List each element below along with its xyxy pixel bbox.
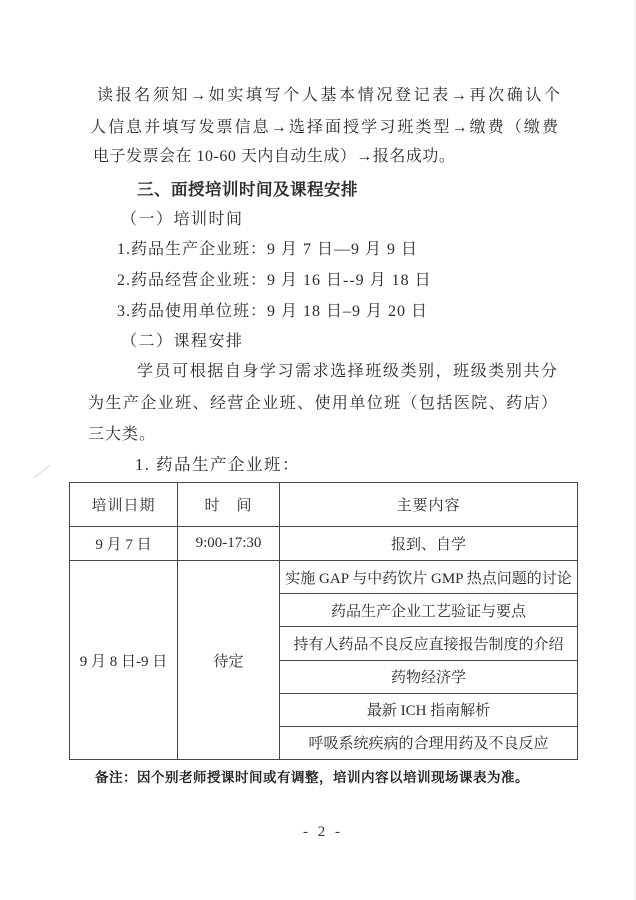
day2-topic-cell: 实施 GAP 与中药饮片 GMP 热点问题的讨论 — [280, 561, 578, 594]
intro-line-1: 读报名须知→如实填写个人基本情况登记表→再次确认个 — [97, 84, 560, 108]
day2-topic-cell: 最新 ICH 指南解析 — [280, 693, 578, 726]
day1-time-cell: 9:00-17:30 — [178, 527, 280, 561]
col-header-content: 主要内容 — [280, 483, 578, 527]
day2-topic-cell: 药物经济学 — [280, 660, 578, 693]
subsection-1-heading: （一）培训时间 — [121, 208, 244, 232]
table-footnote: 备注：因个别老师授课时间或有调整，培训内容以培训现场课表为准。 — [95, 766, 529, 786]
day1-content-cell: 报到、自学 — [280, 527, 578, 561]
page-number: - 2 - — [10, 824, 636, 841]
course-schedule-table: 培训日期 时 间 主要内容 9 月 7 日 9:00-17:30 报到、自学 9… — [69, 482, 578, 760]
scanned-document-page: 读报名须知→如实填写个人基本情况登记表→再次确认个 人信息并填写发票信息→选择面… — [0, 0, 636, 900]
day1-date-cell: 9 月 7 日 — [70, 527, 178, 561]
course-para-line-2: 为生产企业班、经营企业班、使用单位班（包括医院、药店） — [88, 392, 557, 416]
table-title: 1. 药品生产企业班： — [135, 453, 300, 477]
day2-time-cell: 待定 — [178, 561, 280, 760]
col-header-time: 时 间 — [178, 483, 280, 527]
day2-topic-cell: 呼吸系统疾病的合理用药及不良反应 — [280, 726, 578, 759]
day2-topic-cell: 持有人药品不良反应直接报告制度的介绍 — [280, 627, 578, 660]
section-heading: 三、面授培训时间及课程安排 — [137, 178, 358, 202]
subsection-2-heading: （二）课程安排 — [121, 330, 244, 354]
table-row-day1: 9 月 7 日 9:00-17:30 报到、自学 — [70, 527, 578, 561]
day2-date-cell: 9 月 8 日-9 日 — [70, 561, 178, 760]
col-header-date: 培训日期 — [70, 483, 178, 527]
table-row-day2-topic1: 9 月 8 日-9 日 待定 实施 GAP 与中药饮片 GMP 热点问题的讨论 — [70, 561, 578, 594]
schedule-item-3: 3.药品使用单位班：9 月 18 日–9 月 20 日 — [117, 300, 428, 324]
day2-topic-cell: 药品生产企业工艺验证与要点 — [280, 594, 578, 627]
scan-scratch-artifact — [34, 465, 50, 478]
course-para-line-3: 三大类。 — [88, 423, 156, 447]
schedule-item-1: 1.药品生产企业班：9 月 7 日—9 月 9 日 — [117, 238, 418, 262]
intro-line-3: 电子发票会在 10-60 天内自动生成）→报名成功。 — [93, 145, 455, 169]
schedule-item-2: 2.药品经营企业班：9 月 16 日--9 月 18 日 — [117, 269, 432, 293]
table-header-row: 培训日期 时 间 主要内容 — [70, 483, 578, 527]
course-para-line-1: 学员可根据自身学习需求选择班级类别，班级类别共分 — [137, 360, 557, 384]
intro-line-2: 人信息并填写发票信息→选择面授学习班类型→缴费（缴费 — [90, 116, 558, 140]
